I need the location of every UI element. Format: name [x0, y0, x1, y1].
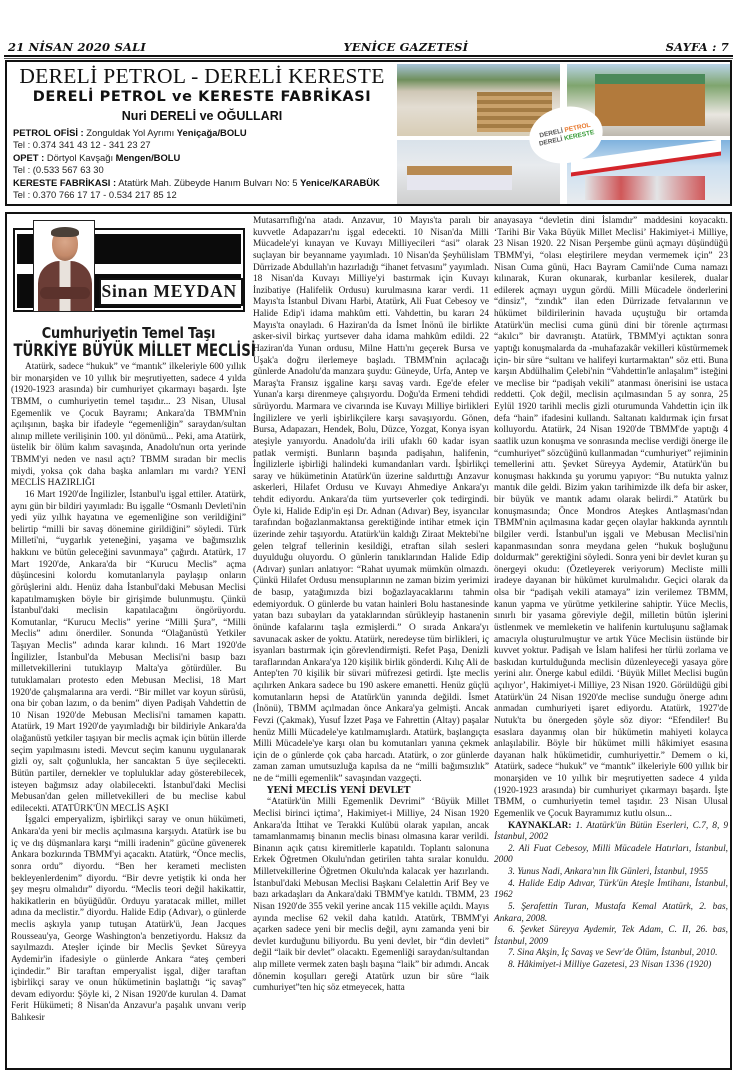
header-rule-thin [4, 58, 733, 59]
ad-address-opet: OPET : Dörtyol Kavşağı Mengen/BOLU [7, 152, 397, 164]
newspaper-name: YENİCE GAZETESİ [343, 40, 468, 54]
ad-address-kereste: KERESTE FABRİKASI : Atatürk Mah. Zübeyde… [7, 177, 397, 189]
references-list: KAYNAKLAR: 1. Atatürk'ün Bütün Eserleri,… [494, 821, 728, 972]
author-byline: Sinan MEYDAN [11, 220, 246, 324]
ad-owner: Nuri DERELİ ve OĞULLARI [7, 107, 397, 125]
article-column-3: anayasaya “devletin dini İslamdır” madde… [494, 216, 728, 972]
paragraph: “Atatürk'ün Milli Egemenlik Devrimi” ‘Bü… [253, 797, 489, 995]
author-name: Sinan MEYDAN [99, 278, 243, 306]
ad-phone-petrol-ofisi: Tel : 0.374 341 43 12 - 341 23 27 [7, 139, 397, 151]
references-heading: KAYNAKLAR: [508, 821, 572, 831]
reference-item: 6. Şevket Süreyya Aydemir, Tek Adam, C. … [494, 925, 728, 948]
page-number: SAYFA : 7 [666, 40, 729, 54]
article-headline: TÜRKİYE BÜYÜK MİLLET MECLİSİ [13, 342, 243, 361]
article-column-2: Mutasarrıflığı'na atadı. Anzavur, 10 May… [253, 216, 489, 995]
page-header: 21 NİSAN 2020 SALI YENİCE GAZETESİ SAYFA… [8, 34, 729, 54]
reference-item: 3. Yunus Nadi, Ankara'nın İlk Günleri, İ… [494, 867, 728, 879]
ad-title: DERELİ PETROL - DERELİ KERESTE [7, 64, 397, 88]
ad-phone-opet: Tel : (0.533 567 63 30 [7, 164, 397, 176]
article-column-1: Sinan MEYDAN Cumhuriyetin Temel Taşı TÜR… [11, 214, 246, 1025]
paragraph: Mutasarrıflığı'na atadı. Anzavur, 10 May… [253, 216, 489, 786]
issue-date: 21 NİSAN 2020 SALI [8, 40, 146, 54]
article-kicker: Cumhuriyetin Temel Taşı [27, 325, 229, 342]
author-photo [33, 220, 95, 312]
ad-phone-kereste: Tel : 0.370 766 17 17 - 0.534 217 85 12 [7, 189, 397, 201]
paragraph: 16 Mart 1920'de İngilizler, İstanbul'u i… [11, 490, 246, 816]
reference-item: 5. Şerafettin Turan, Mustafa Kemal Atatü… [494, 902, 728, 925]
reference-item: KAYNAKLAR: 1. Atatürk'ün Bütün Eserleri,… [494, 821, 728, 844]
ad-subtitle: DERELİ PETROL ve KERESTE FABRİKASI [7, 88, 397, 107]
ad-text-block: DERELİ PETROL - DERELİ KERESTE DERELİ PE… [7, 62, 397, 204]
section-subheading: YENİ MECLİS YENİ DEVLET [253, 786, 489, 798]
article-frame: Sinan MEYDAN Cumhuriyetin Temel Taşı TÜR… [5, 212, 732, 1070]
paragraph: anayasaya “devletin dini İslamdır” madde… [494, 216, 728, 821]
ad-photo-collage: DERELİ PETROL DERELİ KERESTE [397, 62, 730, 204]
header-rule [4, 55, 733, 57]
ad-address-petrol-ofisi: PETROL OFİSİ : Zonguldak Yol Ayrımı Yeni… [7, 127, 397, 139]
reference-item: 8. Hâkimiyet-i Milliye Gazetesi, 23 Nisa… [494, 960, 728, 972]
reference-item: 4. Halide Edip Adıvar, Türk'ün Ateşle İm… [494, 879, 728, 902]
paragraph: İşgalci emperyalizm, işbirlikçi saray ve… [11, 815, 246, 1024]
advertisement-dereli: DERELİ PETROL - DERELİ KERESTE DERELİ PE… [5, 60, 732, 206]
reference-item: 2. Ali Fuat Cebesoy, Milli Mücadele Hatı… [494, 844, 728, 867]
paragraph: Atatürk, sadece “hukuk” ve “mantık” ilke… [11, 362, 246, 490]
reference-item: 7. Sina Akşin, İç Savaş ve Sevr'de Ölüm,… [494, 948, 728, 960]
